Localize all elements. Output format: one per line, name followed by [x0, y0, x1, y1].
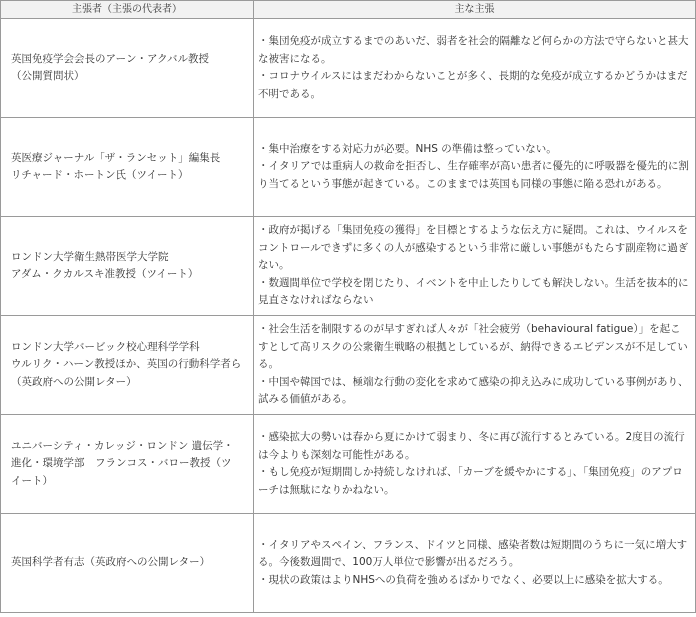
claim-point: ・集中治療をする対応力が必要。NHS の準備は整っていない。 [258, 141, 691, 159]
claim-point: ・中国や韓国では、極端な行動の変化を求めて感染の抑え込みに成功している事例があり… [258, 374, 691, 409]
claims-cell: ・社会生活を制限するのが早すぎれば人々が「社会疲労（behavioural fa… [254, 316, 696, 415]
claim-point: ・社会生活を制限するのが早すぎれば人々が「社会疲労（behavioural fa… [258, 321, 691, 374]
claim-point: ・イタリアでは重病人の救命を拒否し、生存確率が高い患者に優先的に呼吸器を優先的に… [258, 158, 691, 193]
table-row: 英医療ジャーナル「ザ・ランセット」編集長 リチャード・ホートン氏（ツイート） ・… [1, 118, 696, 217]
claimant-line: （英政府への公開レター） [11, 374, 247, 392]
claim-point: ・政府が掲げる「集団免疫の獲得」を目標とするような伝え方に疑問。これは、ウイルス… [258, 222, 691, 275]
claimant-line: リチャード・ホートン氏（ツイート） [11, 167, 247, 185]
claim-point: ・もし免疫が短期間しか持続しなければ、「カーブを緩やかにする」、「集団免疫」のア… [258, 464, 691, 499]
claimant-cell: 英国免疫学会会長のアーン・アクバル教授 （公開質問状） [1, 19, 254, 118]
claimant-line: （公開質問状） [11, 68, 247, 86]
claimant-line: 英国免疫学会会長のアーン・アクバル教授 [11, 51, 247, 69]
claims-cell: ・集団免疫が成立するまでのあいだ、弱者を社会的隔離など何らかの方法で守らないと甚… [254, 19, 696, 118]
claims-cell: ・感染拡大の勢いは春から夏にかけて弱まり、冬に再び流行するとみている。2度目の流… [254, 415, 696, 514]
claimant-cell: 英医療ジャーナル「ザ・ランセット」編集長 リチャード・ホートン氏（ツイート） [1, 118, 254, 217]
claimant-line: イート） [11, 473, 247, 491]
claim-point: ・現状の政策はよりNHSへの負荷を強めるばかりでなく、必要以上に感染を拡大する。 [258, 572, 691, 590]
claimant-line: ロンドン大学バービック校心理科学学科 [11, 339, 247, 357]
header-row: 主張者（主張の代表者） 主な主張 [1, 1, 696, 19]
claim-point: ・イタリアやスペイン、フランス、ドイツと同様、感染者数は短期間のうちに一気に増大… [258, 537, 691, 572]
table-row: ロンドン大学バービック校心理科学学科 ウルリク・ハーン教授ほか、英国の行動科学者… [1, 316, 696, 415]
claimant-line: ロンドン大学衛生熱帯医学大学院 [11, 249, 247, 267]
claims-cell: ・政府が掲げる「集団免疫の獲得」を目標とするような伝え方に疑問。これは、ウイルス… [254, 217, 696, 316]
claims-table: 主張者（主張の代表者） 主な主張 英国免疫学会会長のアーン・アクバル教授 （公開… [0, 0, 696, 613]
claim-point: ・集団免疫が成立するまでのあいだ、弱者を社会的隔離など何らかの方法で守らないと甚… [258, 33, 691, 68]
claimant-line: 進化・環境学部 フランコス・バロー教授（ツ [11, 455, 247, 473]
table-row: 英国科学者有志（英政府への公開レター） ・イタリアやスペイン、フランス、ドイツと… [1, 514, 696, 613]
claimant-cell: 英国科学者有志（英政府への公開レター） [1, 514, 254, 613]
claimant-line: ユニバーシティ・カレッジ・ロンドン 遺伝学・ [11, 438, 247, 456]
claim-point: ・数週間単位で学校を閉じたり、イベントを中止したりしても解決しない。生活を抜本的… [258, 275, 691, 310]
table-row: 英国免疫学会会長のアーン・アクバル教授 （公開質問状） ・集団免疫が成立するまで… [1, 19, 696, 118]
table-row: ユニバーシティ・カレッジ・ロンドン 遺伝学・ 進化・環境学部 フランコス・バロー… [1, 415, 696, 514]
claimant-line: アダム・クカルスキ准教授（ツイート） [11, 266, 247, 284]
claimant-line: 英医療ジャーナル「ザ・ランセット」編集長 [11, 150, 247, 168]
table-row: ロンドン大学衛生熱帯医学大学院 アダム・クカルスキ准教授（ツイート） ・政府が掲… [1, 217, 696, 316]
claim-point: ・感染拡大の勢いは春から夏にかけて弱まり、冬に再び流行するとみている。2度目の流… [258, 429, 691, 464]
claims-cell: ・集中治療をする対応力が必要。NHS の準備は整っていない。 ・イタリアでは重病… [254, 118, 696, 217]
claimant-cell: ロンドン大学衛生熱帯医学大学院 アダム・クカルスキ准教授（ツイート） [1, 217, 254, 316]
claims-cell: ・イタリアやスペイン、フランス、ドイツと同様、感染者数は短期間のうちに一気に増大… [254, 514, 696, 613]
claim-point: ・コロナウイルスにはまだわからないことが多く、長期的な免疫が成立するかどうかはま… [258, 68, 691, 103]
header-claimant: 主張者（主張の代表者） [1, 1, 254, 19]
claimant-line: 英国科学者有志（英政府への公開レター） [11, 554, 247, 572]
claimant-line: ウルリク・ハーン教授ほか、英国の行動科学者ら [11, 356, 247, 374]
claimant-cell: ユニバーシティ・カレッジ・ロンドン 遺伝学・ 進化・環境学部 フランコス・バロー… [1, 415, 254, 514]
header-main-claims: 主な主張 [254, 1, 696, 19]
claimant-cell: ロンドン大学バービック校心理科学学科 ウルリク・ハーン教授ほか、英国の行動科学者… [1, 316, 254, 415]
